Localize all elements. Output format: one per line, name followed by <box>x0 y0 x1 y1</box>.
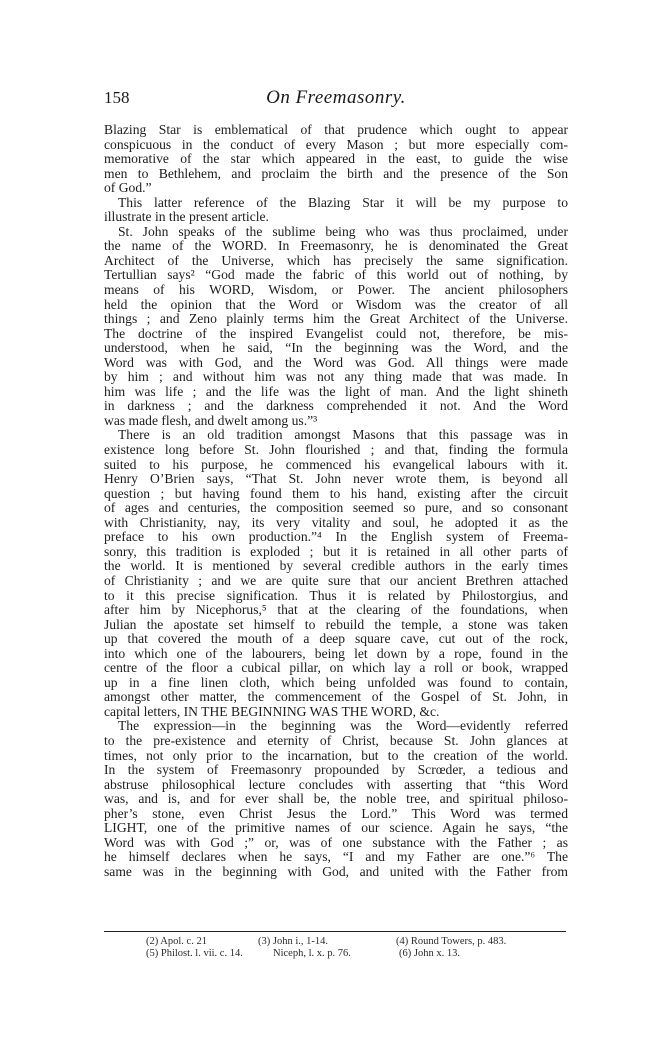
text-line: St. John speaks of the sublime being who… <box>104 225 568 240</box>
book-page: 158 On Freemasonry. Blazing Star is embl… <box>0 0 669 1044</box>
text-line: sonry, this tradition is exploded ; but … <box>104 545 568 560</box>
text-line: This latter reference of the Blazing Sta… <box>104 196 568 211</box>
text-line: into which one of the labourers, being l… <box>104 647 568 662</box>
text-line: understood, when he said, “In the beginn… <box>104 341 568 356</box>
text-line: amongst other matter, the commencement o… <box>104 690 568 705</box>
text-line: by him ; and without him was not any thi… <box>104 370 568 385</box>
text-line: abstruse philosophical lecture concludes… <box>104 778 568 793</box>
text-line: preface to his own production.”⁴ In the … <box>104 530 568 545</box>
text-line: Tertullian says² “God made the fabric of… <box>104 268 568 283</box>
text-line: memorative of the star which appeared in… <box>104 152 568 167</box>
text-line: centre of the floor a cubical pillar, on… <box>104 661 568 676</box>
text-line: up that covered the mouth of a deep squa… <box>104 632 568 647</box>
footnote: (3) John i., 1-14. <box>258 936 328 948</box>
text-line: things ; and Zeno plainly terms him the … <box>104 312 568 327</box>
body-text: Blazing Star is emblematical of that pru… <box>104 123 568 879</box>
footnote: Niceph, l. x. p. 76. <box>273 948 351 960</box>
text-line: the name of the WORD. In Freemasonry, he… <box>104 239 568 254</box>
text-line: means of his WORD, Wisdom, or Power. The… <box>104 283 568 298</box>
text-line: with Christianity, nay, its very vitalit… <box>104 516 568 531</box>
text-line: to it this precise signification. Thus i… <box>104 589 568 604</box>
footnote: (2) Apol. c. 21 <box>146 936 207 948</box>
text-line: was made flesh, and dwelt among us.”³ <box>104 414 568 429</box>
text-line: suited to his purpose, he commenced his … <box>104 458 568 473</box>
text-line: conspicuous in the conduct of every Maso… <box>104 138 568 153</box>
text-line: question ; but having found them to his … <box>104 487 568 502</box>
text-line: in darkness ; and the darkness comprehen… <box>104 399 568 414</box>
text-line: capital letters, IN THE BEGINNING WAS TH… <box>104 705 568 720</box>
text-line: same was in the beginning with God, and … <box>104 865 568 880</box>
text-line: of ages and centuries, the composition s… <box>104 501 568 516</box>
text-line: he himself declares when he says, “I and… <box>104 850 568 865</box>
text-line: to the pre-existence and eternity of Chr… <box>104 734 568 749</box>
text-line: was, and is, and for ever shall be, the … <box>104 792 568 807</box>
footnote-row: (5) Philost. l. vii. c. 14.Niceph, l. x.… <box>146 948 576 960</box>
text-line: pher’s stone, even Christ Jesus the Lord… <box>104 807 568 822</box>
footnote-divider <box>104 931 566 932</box>
text-line: after him by Nicephorus,⁵ that at the cl… <box>104 603 568 618</box>
text-line: men to Bethlehem, and proclaim the birth… <box>104 167 568 182</box>
running-title: On Freemasonry. <box>104 87 568 109</box>
text-line: of Christianity ; and we are quite sure … <box>104 574 568 589</box>
footnote: (4) Round Towers, p. 483. <box>396 936 506 948</box>
text-line: Word was with God, and the Word was God.… <box>104 356 568 371</box>
footnote: (6) John x. 13. <box>399 948 460 960</box>
text-line: Architect of the Universe, which has pre… <box>104 254 568 269</box>
text-line: The doctrine of the inspired Evangelist … <box>104 327 568 342</box>
text-line: Word was with God ;” or, was of one subs… <box>104 836 568 851</box>
footnotes: (2) Apol. c. 21(3) John i., 1-14.(4) Rou… <box>146 936 576 960</box>
text-line: illustrate in the present article. <box>104 210 568 225</box>
text-line: existence long before St. John flourishe… <box>104 443 568 458</box>
text-line: There is an old tradition amongst Masons… <box>104 428 568 443</box>
text-line: up in a fine linen cloth, which being un… <box>104 676 568 691</box>
footnote-row: (2) Apol. c. 21(3) John i., 1-14.(4) Rou… <box>146 936 576 948</box>
text-line: him was life ; and the life was the ligh… <box>104 385 568 400</box>
running-head: 158 On Freemasonry. <box>104 88 568 110</box>
text-line: times, not only prior to the incarnation… <box>104 749 568 764</box>
text-line: The expression—in the beginning was the … <box>104 719 568 734</box>
text-line: Blazing Star is emblematical of that pru… <box>104 123 568 138</box>
text-line: LIGHT, one of the primitive names of our… <box>104 821 568 836</box>
text-line: the world. It is mentioned by several cr… <box>104 559 568 574</box>
footnote: (5) Philost. l. vii. c. 14. <box>146 948 243 960</box>
text-line: Julian the apostate set himself to rebui… <box>104 618 568 633</box>
text-line: In the system of Freemasonry propounded … <box>104 763 568 778</box>
text-line: Henry O’Brien says, “That St. John never… <box>104 472 568 487</box>
text-line: held the opinion that the Word or Wisdom… <box>104 298 568 313</box>
text-line: of God.” <box>104 181 568 196</box>
